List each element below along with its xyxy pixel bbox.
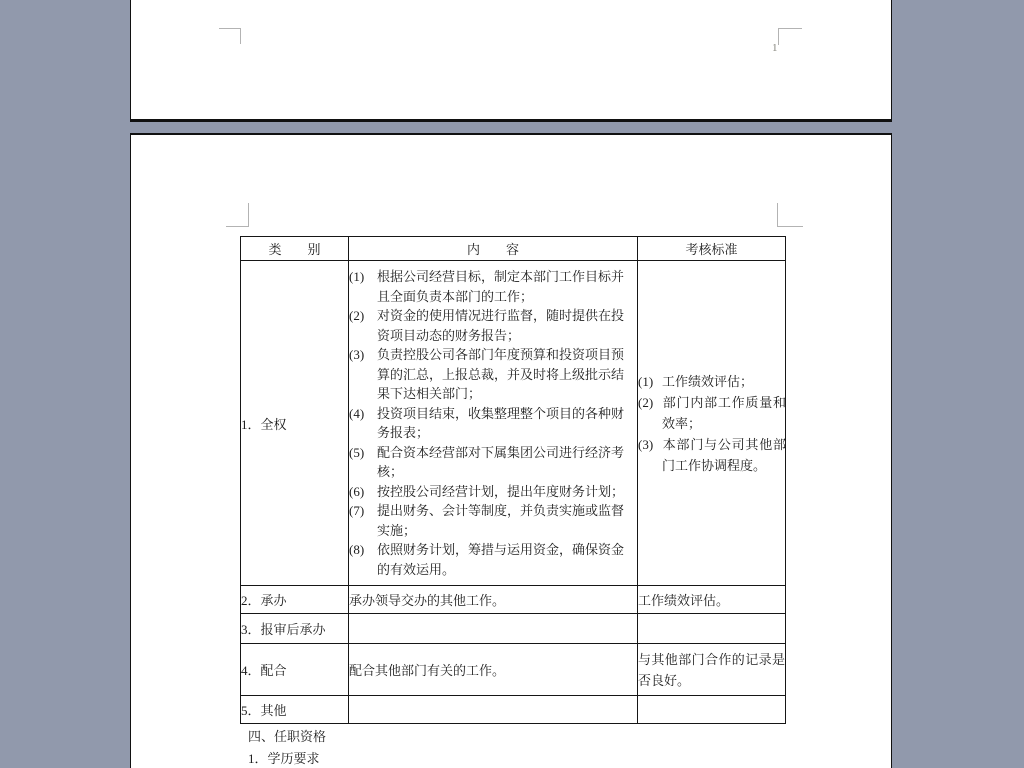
item-number: (7): [349, 501, 377, 521]
table-row: 4．配合 配合其他部门有关的工作。 与其他部门合作的记录是否良好。: [241, 644, 786, 696]
item-text: 负责控股公司各部门年度预算和投资项目预算的汇总，上报总裁，并及时将上级批示结果下…: [377, 347, 624, 401]
category-cell: 2．承办: [241, 586, 349, 614]
category-cell: 4．配合: [241, 644, 349, 696]
item-number: (4): [349, 404, 377, 424]
content-item: (1)根据公司经营目标，制定本部门工作目标并且全面负责本部门的工作；: [349, 267, 624, 306]
section-heading: 四、任职资格: [248, 726, 326, 745]
job-duties-table: 类 别 内 容 考核标准 1．全权 (1)根据公司经营目标，制定本部门工作目标并…: [240, 236, 786, 724]
col-header-category: 类 别: [241, 237, 349, 261]
duty-table-wrapper: 类 别 内 容 考核标准 1．全权 (1)根据公司经营目标，制定本部门工作目标并…: [240, 236, 786, 724]
col-header-content: 内 容: [349, 237, 638, 261]
item-text: 配合资本经营部对下属集团公司进行经济考核；: [377, 445, 624, 480]
standard-item: (2)部门内部工作质量和效率；: [638, 392, 786, 434]
item-text: 投资项目结束，收集整理整个项目的各种财务报表；: [377, 406, 624, 441]
table-header-row: 类 别 内 容 考核标准: [241, 237, 786, 261]
standard-cell: 与其他部门合作的记录是否良好。: [638, 644, 786, 696]
margin-mark-bottom-left-icon: [219, 28, 241, 44]
content-cell: [349, 696, 638, 724]
item-text: 提出财务、会计等制度，并负责实施或监督实施；: [377, 503, 624, 538]
standard-item: (3)本部门与公司其他部门工作协调程度。: [638, 434, 786, 476]
page-2: 类 别 内 容 考核标准 1．全权 (1)根据公司经营目标，制定本部门工作目标并…: [130, 133, 892, 768]
margin-mark-bottom-right-icon: [778, 28, 802, 45]
content-cell: 配合其他部门有关的工作。: [349, 644, 638, 696]
standard-cell: 工作绩效评估。: [638, 586, 786, 614]
item-text: 本部门与公司其他部门工作协调程度。: [662, 437, 786, 473]
item-text: 对资金的使用情况进行监督，随时提供在投资项目动态的财务报告；: [377, 308, 624, 343]
item-text: 部门内部工作质量和效率；: [662, 395, 786, 431]
item-number: (2): [349, 306, 377, 326]
item-number: (3): [349, 345, 377, 365]
standard-cell: (1)工作绩效评估； (2)部门内部工作质量和效率； (3)本部门与公司其他部门…: [638, 261, 786, 586]
content-item: (8)依照财务计划，筹措与运用资金，确保资金的有效运用。: [349, 540, 624, 579]
standard-cell: [638, 696, 786, 724]
content-cell: 承办领导交办的其他工作。: [349, 586, 638, 614]
document-canvas: 1 类 别 内 容 考核标准 1．全权 (1)根据公司经营目标，制定本部门工作目…: [0, 0, 1024, 768]
content-cell: (1)根据公司经营目标，制定本部门工作目标并且全面负责本部门的工作； (2)对资…: [349, 261, 638, 586]
page-number: 1: [772, 42, 778, 54]
page-1: 1: [130, 0, 892, 122]
item-number: (5): [349, 443, 377, 463]
item-text: 工作绩效评估；: [662, 374, 753, 389]
category-cell: 5．其他: [241, 696, 349, 724]
item-text: 按控股公司经营计划，提出年度财务计划；: [377, 484, 624, 499]
section-sub-heading: 1．学历要求: [248, 748, 320, 767]
table-row: 5．其他: [241, 696, 786, 724]
table-row: 2．承办 承办领导交办的其他工作。 工作绩效评估。: [241, 586, 786, 614]
standard-cell: [638, 614, 786, 644]
category-cell: 3．报审后承办: [241, 614, 349, 644]
content-item: (2)对资金的使用情况进行监督，随时提供在投资项目动态的财务报告；: [349, 306, 624, 345]
standard-item: (1)工作绩效评估；: [638, 371, 786, 392]
item-number: (3): [638, 434, 662, 455]
margin-mark-top-right-icon: [777, 203, 803, 227]
margin-mark-top-left-icon: [226, 203, 249, 227]
table-row: 1．全权 (1)根据公司经营目标，制定本部门工作目标并且全面负责本部门的工作； …: [241, 261, 786, 586]
item-number: (6): [349, 482, 377, 502]
content-item: (6)按控股公司经营计划，提出年度财务计划；: [349, 482, 624, 502]
content-item: (5)配合资本经营部对下属集团公司进行经济考核；: [349, 443, 624, 482]
item-number: (2): [638, 392, 662, 413]
item-number: (1): [638, 371, 662, 392]
content-item: (4)投资项目结束，收集整理整个项目的各种财务报表；: [349, 404, 624, 443]
table-row: 3．报审后承办: [241, 614, 786, 644]
category-cell: 1．全权: [241, 261, 349, 586]
item-text: 依照财务计划，筹措与运用资金，确保资金的有效运用。: [377, 542, 624, 577]
item-number: (8): [349, 540, 377, 560]
item-number: (1): [349, 267, 377, 287]
item-text: 根据公司经营目标，制定本部门工作目标并且全面负责本部门的工作；: [377, 269, 624, 304]
content-cell: [349, 614, 638, 644]
content-item: (3)负责控股公司各部门年度预算和投资项目预算的汇总，上报总裁，并及时将上级批示…: [349, 345, 624, 404]
col-header-standard: 考核标准: [638, 237, 786, 261]
content-item: (7)提出财务、会计等制度，并负责实施或监督实施；: [349, 501, 624, 540]
